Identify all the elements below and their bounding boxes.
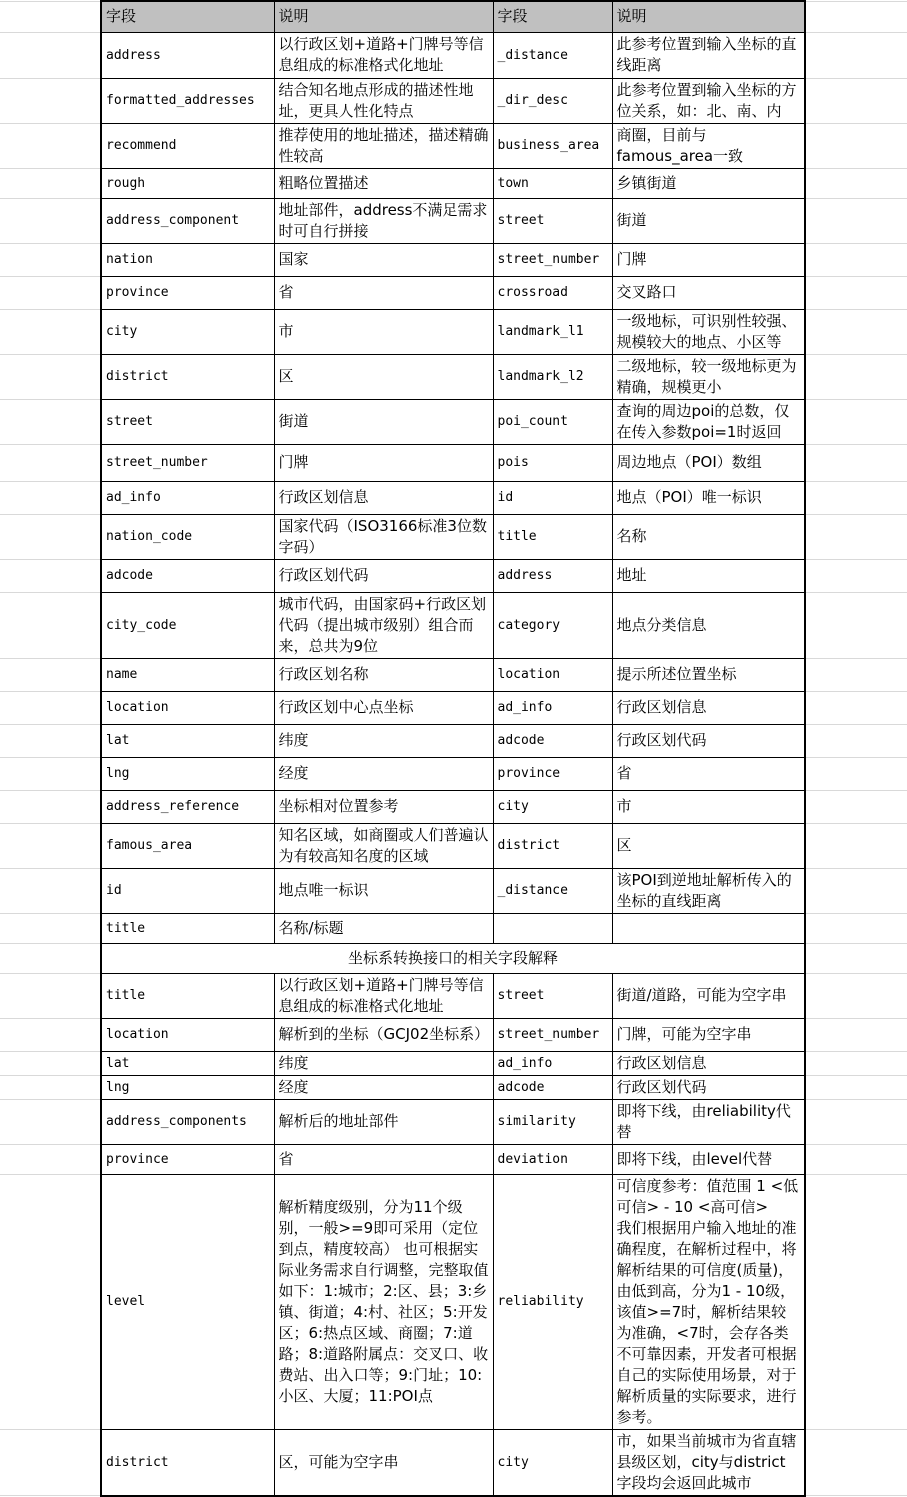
cell-field-right[interactable]: street_number [493,243,612,276]
cell-desc-left[interactable]: 地点唯一标识 [274,868,493,913]
margin-cell[interactable] [805,309,907,354]
margin-cell[interactable] [0,1,101,32]
cell-desc-left[interactable]: 以行政区划+道路+门牌号等信息组成的标准格式化地址 [274,32,493,78]
cell-desc-left[interactable]: 区，可能为空字串 [274,1429,493,1496]
cell-field-left[interactable]: lng [101,1075,274,1099]
table-row: formatted_addresses结合知名地点形成的描述性地址，更具人性化特… [0,78,907,123]
cell-field-right[interactable]: business_area [493,123,612,168]
margin-cell[interactable] [805,354,907,399]
cell-field-right[interactable]: id [493,481,612,514]
margin-cell[interactable] [805,444,907,481]
table-row: city_code城市代码，由国家码+行政区划代码（提出城市级别）组合而来，总共… [0,592,907,658]
cell-desc-right[interactable]: 一级地标，可识别性较强、规模较大的地点、小区等 [612,309,805,354]
margin-cell[interactable] [0,1099,101,1144]
margin-cell[interactable] [805,1051,907,1075]
margin-cell[interactable] [805,399,907,444]
table-row: title以行政区划+道路+门牌号等信息组成的标准格式化地址street街道/道… [0,973,907,1018]
cell-desc-right[interactable]: 即将下线，由reliability代替 [612,1099,805,1144]
cell-desc-right[interactable]: 即将下线，由level代替 [612,1144,805,1174]
cell-field-left[interactable]: nation_code [101,514,274,559]
cell-field-left[interactable]: title [101,913,274,943]
field-reference-spreadsheet: 字段 说明 字段 说明 address以行政区划+道路+门牌号等信息组成的标准格… [0,0,907,1497]
header-field-2[interactable]: 字段 [493,1,612,32]
cell-field-left[interactable]: address [101,32,274,78]
margin-cell[interactable] [805,658,907,691]
cell-desc-right[interactable]: 交叉路口 [612,276,805,309]
margin-cell[interactable] [0,1018,101,1051]
cell-field-left[interactable]: location [101,691,274,724]
cell-desc-right[interactable]: 行政区划代码 [612,1075,805,1099]
cell-field-left[interactable]: address_components [101,1099,274,1144]
margin-cell[interactable] [805,514,907,559]
cell-field-right[interactable]: poi_count [493,399,612,444]
margin-cell[interactable] [0,1075,101,1099]
margin-cell[interactable] [0,691,101,724]
table-row: level解析精度级别，分为11个级别，一般>=9即可采用（定位到点，精度较高）… [0,1174,907,1429]
table-row: id地点唯一标识_distance该POI到逆地址解析传入的坐标的直线距离 [0,868,907,913]
cell-field-left[interactable]: title [101,973,274,1018]
margin-cell[interactable] [805,198,907,243]
cell-desc-right[interactable]: 街道/道路，可能为空字串 [612,973,805,1018]
margin-cell[interactable] [0,243,101,276]
cell-desc-right[interactable]: 街道 [612,198,805,243]
cell-desc-left[interactable]: 解析精度级别，分为11个级别，一般>=9即可采用（定位到点，精度较高） 也可根据… [274,1174,493,1429]
cell-desc-left[interactable]: 纬度 [274,1051,493,1075]
cell-desc-left[interactable]: 门牌 [274,444,493,481]
cell-field-left[interactable]: address_reference [101,790,274,823]
table-row: city市landmark_l1一级地标，可识别性较强、规模较大的地点、小区等 [0,309,907,354]
cell-field-left[interactable]: city_code [101,592,274,658]
cell-field-left[interactable]: lat [101,724,274,757]
margin-cell[interactable] [0,276,101,309]
cell-desc-left[interactable]: 城市代码，由国家码+行政区划代码（提出城市级别）组合而来，总共为9位 [274,592,493,658]
margin-cell[interactable] [0,481,101,514]
header-desc-2[interactable]: 说明 [612,1,805,32]
cell-field-left[interactable]: province [101,1144,274,1174]
margin-cell[interactable] [805,276,907,309]
cell-desc-left[interactable]: 行政区划中心点坐标 [274,691,493,724]
margin-cell[interactable] [805,724,907,757]
table-row: province省crossroad交叉路口 [0,276,907,309]
cell-field-right[interactable]: address [493,559,612,592]
table-row: address_component地址部件，address不满足需求时可自行拼接… [0,198,907,243]
table-row: nation_code国家代码（ISO3166标准3位数字码）title名称 [0,514,907,559]
cell-desc-left[interactable]: 解析到的坐标（GCJ02坐标系） [274,1018,493,1051]
cell-field-right[interactable]: category [493,592,612,658]
cell-field-left[interactable]: district [101,354,274,399]
table-header-row: 字段 说明 字段 说明 [0,1,907,32]
margin-cell[interactable] [0,757,101,790]
table-row: lng经度adcode行政区划代码 [0,1075,907,1099]
margin-cell[interactable] [805,123,907,168]
table-row: street街道poi_count查询的周边poi的总数，仅在传入参数poi=1… [0,399,907,444]
cell-desc-right[interactable]: 此参考位置到输入坐标的直线距离 [612,32,805,78]
cell-field-left[interactable]: recommend [101,123,274,168]
header-field-1[interactable]: 字段 [101,1,274,32]
table-row: street_number门牌pois周边地点（POI）数组 [0,444,907,481]
margin-cell[interactable] [0,32,101,78]
cell-desc-left[interactable]: 解析后的地址部件 [274,1099,493,1144]
cell-field-left[interactable]: city [101,309,274,354]
margin-cell[interactable] [805,757,907,790]
cell-field-right[interactable]: adcode [493,724,612,757]
cell-field-left[interactable]: street_number [101,444,274,481]
cell-desc-left[interactable]: 经度 [274,1075,493,1099]
cell-field-right[interactable] [493,913,612,943]
cell-desc-left[interactable]: 行政区划代码 [274,559,493,592]
cell-desc-right[interactable]: 行政区划信息 [612,691,805,724]
cell-desc-left[interactable]: 行政区划名称 [274,658,493,691]
table-row: location解析到的坐标（GCJ02坐标系）street_number门牌，… [0,1018,907,1051]
table-row: ad_info行政区划信息id地点（POI）唯一标识 [0,481,907,514]
cell-field-left[interactable]: name [101,658,274,691]
margin-cell[interactable] [0,198,101,243]
field-table-body: 字段 说明 字段 说明 address以行政区划+道路+门牌号等信息组成的标准格… [0,1,907,1496]
margin-cell[interactable] [0,790,101,823]
cell-field-right[interactable]: district [493,823,612,868]
header-desc-1[interactable]: 说明 [274,1,493,32]
margin-cell[interactable] [805,1099,907,1144]
margin-cell[interactable] [805,1174,907,1429]
margin-cell[interactable] [0,913,101,943]
section-divider-row: 坐标系转换接口的相关字段解释 [0,943,907,973]
cell-desc-right[interactable]: 行政区划代码 [612,724,805,757]
margin-cell[interactable] [0,592,101,658]
cell-desc-left[interactable]: 坐标相对位置参考 [274,790,493,823]
cell-field-right[interactable]: ad_info [493,691,612,724]
cell-field-left[interactable]: formatted_addresses [101,78,274,123]
table-row: province省deviation即将下线，由level代替 [0,1144,907,1174]
cell-field-left[interactable]: lat [101,1051,274,1075]
margin-cell[interactable] [0,658,101,691]
table-row: name行政区划名称location提示所述位置坐标 [0,658,907,691]
cell-desc-left[interactable]: 省 [274,276,493,309]
table-row: address_components解析后的地址部件similarity即将下线… [0,1099,907,1144]
cell-desc-right[interactable]: 该POI到逆地址解析传入的坐标的直线距离 [612,868,805,913]
cell-desc-left[interactable]: 纬度 [274,724,493,757]
cell-field-left[interactable]: province [101,276,274,309]
cell-field-right[interactable]: landmark_l2 [493,354,612,399]
cell-field-left[interactable]: rough [101,168,274,198]
cell-field-right[interactable]: landmark_l1 [493,309,612,354]
cell-desc-right[interactable]: 二级地标，较一级地标更为精确，规模更小 [612,354,805,399]
margin-cell[interactable] [0,823,101,868]
cell-field-right[interactable]: _dir_desc [493,78,612,123]
margin-cell[interactable] [805,481,907,514]
margin-cell[interactable] [0,1429,101,1496]
margin-cell[interactable] [0,309,101,354]
margin-cell[interactable] [805,1075,907,1099]
table-row: location行政区划中心点坐标ad_info行政区划信息 [0,691,907,724]
cell-desc-right[interactable]: 地点分类信息 [612,592,805,658]
cell-desc-right[interactable]: 此参考位置到输入坐标的方位关系，如：北、南、内 [612,78,805,123]
cell-field-left[interactable]: street [101,399,274,444]
cell-desc-left[interactable]: 行政区划信息 [274,481,493,514]
cell-desc-right[interactable]: 区 [612,823,805,868]
table-row: lng经度province省 [0,757,907,790]
cell-field-right[interactable]: crossroad [493,276,612,309]
cell-field-right[interactable]: street [493,973,612,1018]
cell-desc-right[interactable]: 地点（POI）唯一标识 [612,481,805,514]
margin-cell[interactable] [0,399,101,444]
cell-field-right[interactable]: street [493,198,612,243]
margin-cell[interactable] [0,514,101,559]
cell-desc-left[interactable]: 以行政区划+道路+门牌号等信息组成的标准格式化地址 [274,973,493,1018]
margin-cell[interactable] [805,1,907,32]
cell-desc-right[interactable]: 可信度参考：值范围 1 <低可信> - 10 <高可信> 我们根据用户输入地址的… [612,1174,805,1429]
cell-field-right[interactable]: adcode [493,1075,612,1099]
margin-cell[interactable] [805,868,907,913]
cell-field-right[interactable]: _distance [493,868,612,913]
margin-cell[interactable] [805,78,907,123]
margin-cell[interactable] [805,243,907,276]
margin-cell[interactable] [805,168,907,198]
margin-cell[interactable] [0,973,101,1018]
cell-desc-right[interactable]: 名称 [612,514,805,559]
cell-field-left[interactable]: famous_area [101,823,274,868]
table-row: address_reference坐标相对位置参考city市 [0,790,907,823]
cell-field-right[interactable]: deviation [493,1144,612,1174]
cell-field-right[interactable]: similarity [493,1099,612,1144]
cell-desc-left[interactable]: 名称/标题 [274,913,493,943]
cell-field-right[interactable]: province [493,757,612,790]
cell-desc-right[interactable]: 提示所述位置坐标 [612,658,805,691]
cell-desc-right[interactable]: 门牌 [612,243,805,276]
cell-desc-left[interactable]: 国家 [274,243,493,276]
margin-cell[interactable] [0,1144,101,1174]
cell-desc-left[interactable]: 知名区域，如商圈或人们普遍认为有较高知名度的区域 [274,823,493,868]
cell-desc-right[interactable] [612,913,805,943]
table-row: famous_area知名区域，如商圈或人们普遍认为有较高知名度的区域distr… [0,823,907,868]
margin-cell[interactable] [0,354,101,399]
margin-cell[interactable] [0,724,101,757]
table-row: lat纬度ad_info行政区划信息 [0,1051,907,1075]
cell-desc-left[interactable]: 地址部件，address不满足需求时可自行拼接 [274,198,493,243]
cell-field-left[interactable]: district [101,1429,274,1496]
cell-field-left[interactable]: level [101,1174,274,1429]
cell-desc-left[interactable]: 结合知名地点形成的描述性地址，更具人性化特点 [274,78,493,123]
cell-desc-left[interactable]: 粗略位置描述 [274,168,493,198]
cell-field-right[interactable]: location [493,658,612,691]
margin-cell[interactable] [0,1051,101,1075]
margin-cell[interactable] [805,559,907,592]
cell-field-right[interactable]: town [493,168,612,198]
margin-cell[interactable] [805,790,907,823]
cell-field-left[interactable]: ad_info [101,481,274,514]
margin-cell[interactable] [805,823,907,868]
cell-field-right[interactable]: pois [493,444,612,481]
cell-desc-left[interactable]: 市 [274,309,493,354]
margin-cell[interactable] [805,1429,907,1496]
table-row: lat纬度adcode行政区划代码 [0,724,907,757]
margin-cell[interactable] [0,444,101,481]
cell-field-right[interactable]: street_number [493,1018,612,1051]
margin-cell[interactable] [0,868,101,913]
margin-cell[interactable] [805,1018,907,1051]
margin-cell[interactable] [0,123,101,168]
cell-desc-right[interactable]: 行政区划信息 [612,1051,805,1075]
cell-desc-right[interactable]: 市，如果当前城市为省直辖县级区划，city与district字段均会返回此城市 [612,1429,805,1496]
margin-cell[interactable] [0,78,101,123]
cell-field-right[interactable]: city [493,1429,612,1496]
margin-cell[interactable] [805,1144,907,1174]
table-row: district区landmark_l2二级地标，较一级地标更为精确，规模更小 [0,354,907,399]
margin-cell[interactable] [805,973,907,1018]
cell-desc-right[interactable]: 查询的周边poi的总数，仅在传入参数poi=1时返回 [612,399,805,444]
table-row: recommend推荐使用的地址描述，描述精确性较高business_area商… [0,123,907,168]
cell-field-left[interactable]: lng [101,757,274,790]
cell-desc-right[interactable]: 地址 [612,559,805,592]
cell-desc-left[interactable]: 国家代码（ISO3166标准3位数字码） [274,514,493,559]
table-row: nation国家street_number门牌 [0,243,907,276]
cell-desc-right[interactable]: 市 [612,790,805,823]
cell-desc-left[interactable]: 街道 [274,399,493,444]
cell-field-left[interactable]: nation [101,243,274,276]
cell-field-left[interactable]: adcode [101,559,274,592]
margin-cell[interactable] [0,1174,101,1429]
cell-desc-right[interactable]: 周边地点（POI）数组 [612,444,805,481]
cell-desc-right[interactable]: 门牌，可能为空字串 [612,1018,805,1051]
cell-field-right[interactable]: ad_info [493,1051,612,1075]
margin-cell[interactable] [0,943,101,973]
margin-cell[interactable] [805,943,907,973]
cell-desc-right[interactable]: 乡镇街道 [612,168,805,198]
cell-desc-left[interactable]: 省 [274,1144,493,1174]
cell-desc-left[interactable]: 推荐使用的地址描述，描述精确性较高 [274,123,493,168]
margin-cell[interactable] [0,559,101,592]
margin-cell[interactable] [0,168,101,198]
margin-cell[interactable] [805,32,907,78]
margin-cell[interactable] [805,592,907,658]
cell-field-right[interactable]: reliability [493,1174,612,1429]
table-row: adcode行政区划代码address地址 [0,559,907,592]
cell-desc-left[interactable]: 区 [274,354,493,399]
table-row: address以行政区划+道路+门牌号等信息组成的标准格式化地址_distanc… [0,32,907,78]
table-row: district区，可能为空字串city市，如果当前城市为省直辖县级区划，cit… [0,1429,907,1496]
table-row: title名称/标题 [0,913,907,943]
cell-field-right[interactable]: city [493,790,612,823]
cell-field-left[interactable]: id [101,868,274,913]
section-divider-title[interactable]: 坐标系转换接口的相关字段解释 [101,943,805,973]
margin-cell[interactable] [805,913,907,943]
cell-desc-right[interactable]: 省 [612,757,805,790]
cell-field-left[interactable]: address_component [101,198,274,243]
margin-cell[interactable] [805,691,907,724]
table-row: rough粗略位置描述town乡镇街道 [0,168,907,198]
cell-desc-right[interactable]: 商圈，目前与famous_area一致 [612,123,805,168]
cell-desc-left[interactable]: 经度 [274,757,493,790]
cell-field-right[interactable]: title [493,514,612,559]
cell-field-left[interactable]: location [101,1018,274,1051]
cell-field-right[interactable]: _distance [493,32,612,78]
